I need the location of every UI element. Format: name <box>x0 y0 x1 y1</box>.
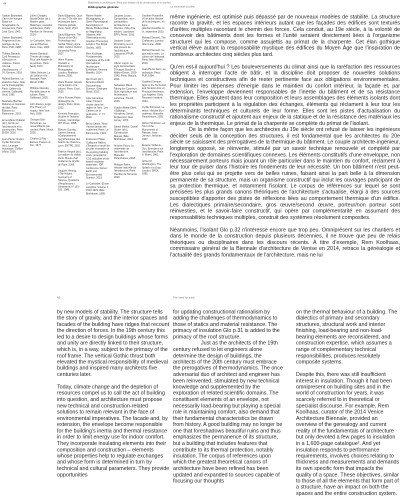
para: Today, climate change and the depletion … <box>57 384 170 478</box>
bib-entry: Robert Smithson, «A Tour of the Monument… <box>142 122 166 141</box>
bib-entry: Vilém Flusser, Essais sur la nature et l… <box>58 81 82 94</box>
bib-entry: David Edgerton, The Shock of the Old. Te… <box>58 33 82 55</box>
bib-entry: Antoine Picon, La matérialité de l'archi… <box>114 144 138 160</box>
bib-entry: Gordon Matta-Clark, «Splitting», Humphre… <box>114 106 138 122</box>
bib-entry: Ron Kurtz (dir.), Berenice Abbott. Docum… <box>86 78 110 94</box>
bib-entry: Richard Sennett, The Craftsman, London: … <box>142 36 166 46</box>
english-column: for updating constructional rationalism … <box>173 309 283 496</box>
bib-entry: Vilém Flusser, Towards a Philosophy of P… <box>58 58 82 77</box>
bib-entry: Julie Lamarque, Julien Vincent, «Isoler … <box>86 97 110 119</box>
bib-entry: Francesco Pittau, Guillaume Habert, «Tow… <box>86 138 110 180</box>
french-essay-heading: La nécessité du plein <box>170 5 400 8</box>
para: même ingénierie, est optimisé puis dépas… <box>170 14 400 58</box>
english-column: on the thermal behaviour of a building. … <box>296 309 400 496</box>
bibliography-column: Julien Choppin, Nicola Delon (dir.), Mat… <box>30 14 54 198</box>
bib-entry: Étienne Gourlay, Laurent Arnaud, «Compor… <box>58 128 82 147</box>
bib-entry: David Edgerton, Quoi de neuf ? Du rôle d… <box>58 14 82 30</box>
para: Just as the architects of the 19th centu… <box>173 340 283 484</box>
bib-entry: Le Corbusier, Vers une architecture, Par… <box>30 39 54 49</box>
bib-entry: Charles & Ray Eames, Powers of Ten, 1977… <box>30 137 54 147</box>
french-essay: La nécessité du plein même ingénierie, e… <box>170 5 400 290</box>
bib-entry: Gaston Bachelard, L'air et les songes. E… <box>2 14 26 33</box>
bibliography-column: Gauthier Roussilhe, «Une autre histoire … <box>142 14 166 198</box>
book-page: 44 Matériaux et architecture. Pour une h… <box>0 0 400 496</box>
bib-entry: Kenneth Frampton, Studies in Tectonic Cu… <box>58 112 82 125</box>
english-essay-heading: The need for solid <box>173 296 194 299</box>
para: for updating constructional rationalism … <box>173 309 283 340</box>
bib-entry: Jean-Pierre Séris, La technique, Paris: … <box>142 68 166 78</box>
bib-entry: Gottfried Semper, Style in the Technical… <box>142 80 166 102</box>
bibliography-column: Gaston Bachelard, L'air et les songes. E… <box>2 14 26 198</box>
bib-entry: Anne-Marie Châtelet (dir.), Écrits sur l… <box>2 119 26 135</box>
bibliography-column: Jacques Lucan, Composition, non-composit… <box>114 14 138 198</box>
para: De la même façon que les architectes du … <box>170 127 400 221</box>
bib-entry: Georges Didi-Huberman, La ressemblance p… <box>30 118 54 134</box>
bib-entry: Gilles Deleuze, Le pli. Leibniz et le ba… <box>30 71 54 84</box>
bib-entry: Philippe Descola, Par-delà nature et cul… <box>30 87 54 100</box>
french-essay-body: même ingénierie, est optimisé puis dépas… <box>170 14 400 258</box>
bib-entry: Bruno Latour, Nous n'avons jamais été mo… <box>86 122 110 135</box>
bib-entry: Jacques Herzog, «The Hidden Geometry of … <box>58 169 82 191</box>
bib-entry: Roland Barthes, La chambre claire. Note … <box>2 77 26 96</box>
bib-entry: Stéphane Berthier, Matières et manières … <box>2 100 26 116</box>
para: by new models of stability. The structur… <box>57 309 170 378</box>
bib-entry: Arthur M. Worthington, The Splash of a D… <box>142 160 166 176</box>
bib-entry: Fabrice Hergott (dir.), La matière du vi… <box>58 150 82 166</box>
bib-entry: Jean-Pierre Chupin, Cyrille Simonnet (di… <box>2 138 26 154</box>
bib-entry: Julien Choppin, Nicola Delon (dir.), Mat… <box>30 14 54 36</box>
english-column: by new models of stability. The structur… <box>57 309 170 496</box>
bib-entry: Rem Koolhaas, Fundamentals. Catalogue of… <box>86 52 110 74</box>
bib-entry: Philippe Rahm, Histoire naturelle de l'a… <box>114 163 138 179</box>
bib-entry: Vilém Flusser, Petite philosophie du des… <box>58 96 82 109</box>
bib-entry: Gauthier Roussilhe, «Une autre histoire … <box>142 14 166 33</box>
english-essay: 42 The need for solid by new models of s… <box>57 296 400 496</box>
bib-entry: John Dewey, Logic. The Theory of Inquiry… <box>30 103 54 116</box>
bibliography: Gaston Bachelard, L'air et les songes. E… <box>2 14 168 294</box>
bib-entry: Sébastien Marot, Taking the Country's Si… <box>114 84 138 103</box>
bib-entry: Hubert Damisch, Théorie du nuage. Pour u… <box>30 52 54 68</box>
para: Despite this, there was still insufficie… <box>296 372 400 496</box>
bib-entry: Richard Sennett, Ce que sait la main. La… <box>142 49 166 65</box>
para: on the thermal behaviour of a building. … <box>296 309 400 365</box>
bib-entry: Thibaut Barrault, Cyril Pressacco, «Stru… <box>2 52 26 74</box>
bib-entry: Daniel Mettler, Daniel Studer (dir.), Co… <box>114 125 138 141</box>
bib-entry: Jacques Lucan, Précisions sur un état pr… <box>114 39 138 58</box>
bib-entry: Olivier Lugon, Le style documentaire. D'… <box>114 62 138 81</box>
bib-entry: Cyrille Simonnet, Le béton. Histoire d'u… <box>142 106 166 119</box>
english-page-number: 42 <box>57 296 60 299</box>
bib-entry: Robert Hooke, Micrographia, or Some Phys… <box>86 14 110 49</box>
bib-entry: Gaston Bachelard, Fragments d'une poétiq… <box>2 36 26 49</box>
bib-entry: Le Corbusier, Œuvre complète. Volume 1, … <box>86 182 110 195</box>
bib-entry: Eugène Viollet-le-Duc, Entretiens sur l'… <box>142 144 166 157</box>
english-columns: by new models of stability. The structur… <box>57 309 400 496</box>
bib-entry: Jacques Lucan, Composition, non-composit… <box>114 14 138 36</box>
para: Qu'en est-il aujourd'hui ? Les boulevers… <box>170 64 400 127</box>
bibliography-column: David Edgerton, Quoi de neuf ? Du rôle d… <box>58 14 82 198</box>
bibliography-column: Robert Hooke, Micrographia, or Some Phys… <box>86 14 110 198</box>
page-number-left: 44 <box>3 2 6 5</box>
para: Néanmoins, l'isolant Glo p.32 n'intéress… <box>170 227 400 258</box>
